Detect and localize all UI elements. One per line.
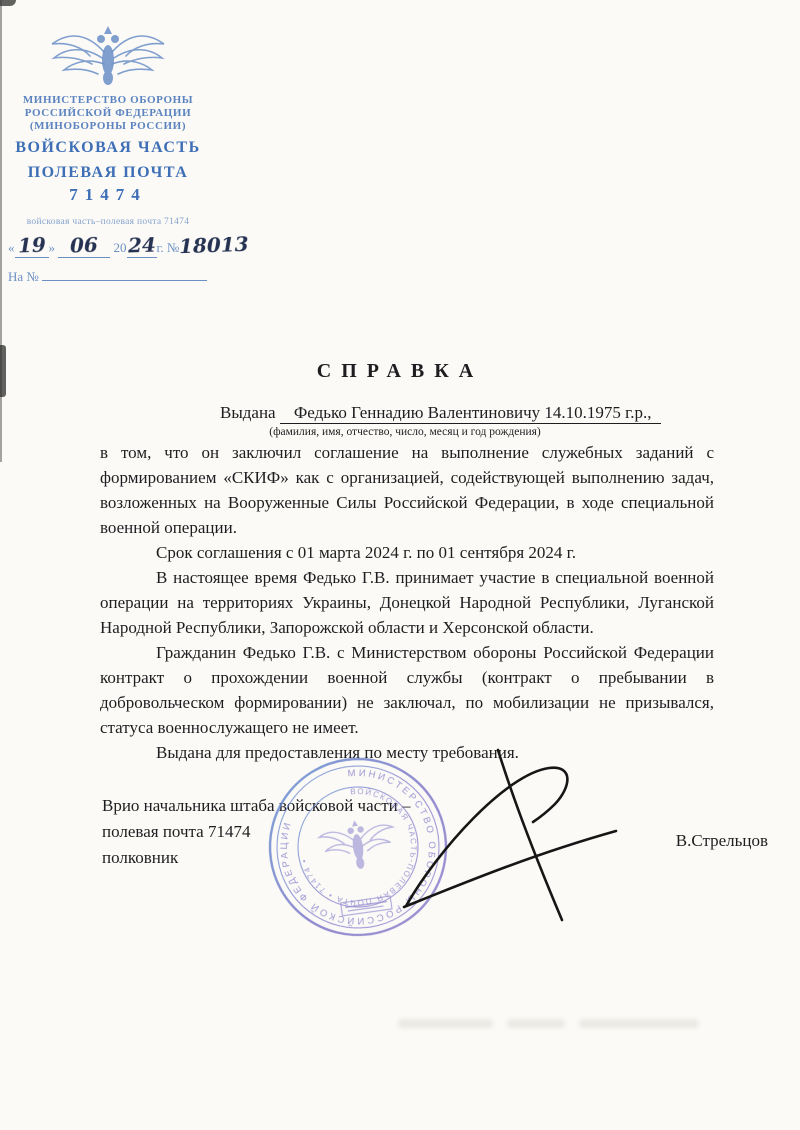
unit-name-line: ПОЛЕВАЯ ПОЧТА	[0, 163, 228, 183]
date-number-line: «19» 06 2024г. №18013	[8, 233, 238, 258]
unit-sub-line: войсковая часть–полевая почта 71474	[0, 217, 228, 227]
handwritten-year: 24	[127, 233, 156, 258]
year-prefix: 20	[114, 240, 127, 255]
document-title: СПРАВКА	[0, 360, 800, 383]
document-body: в том, что он заключил соглашение на вып…	[100, 440, 714, 765]
ref-label: На №	[8, 269, 39, 284]
issued-caption: (фамилия, имя, отчество, число, месяц и …	[190, 426, 620, 438]
scan-corner-mark	[0, 0, 16, 6]
handwritten-doc-number: 18013	[179, 232, 249, 258]
paragraph: В настоящее время Федько Г.В. принимает …	[100, 565, 714, 640]
ref-blank-rule	[42, 268, 207, 281]
reference-line: На №	[8, 268, 238, 285]
bleed-through-artifact	[398, 1010, 718, 1036]
stamp-eagle-icon	[318, 815, 398, 874]
paragraph: Срок соглашения с 01 марта 2024 г. по 01…	[100, 540, 714, 565]
scanned-document-page: МИНИСТЕРСТВО ОБОРОНЫ РОССИЙСКОЙ ФЕДЕРАЦИ…	[0, 0, 800, 1130]
letterhead: МИНИСТЕРСТВО ОБОРОНЫ РОССИЙСКОЙ ФЕДЕРАЦИ…	[0, 18, 228, 227]
ministry-line: МИНИСТЕРСТВО ОБОРОНЫ	[0, 94, 228, 107]
number-sign: №	[167, 240, 179, 255]
close-quote: »	[49, 240, 56, 255]
unit-number: 71474	[0, 185, 228, 205]
issued-line: Выдана Федько Геннадию Валентиновичу 14.…	[100, 403, 714, 423]
ministry-eagle-icon	[38, 18, 178, 90]
year-suffix: г.	[157, 240, 164, 255]
paragraph: в том, что он заключил соглашение на вып…	[100, 440, 714, 540]
ministry-line: РОССИЙСКОЙ ФЕДЕРАЦИИ	[0, 107, 228, 120]
handwritten-day: 19	[17, 233, 46, 258]
issued-to-name: Федько Геннадию Валентиновичу 14.10.1975…	[280, 403, 662, 424]
issued-label: Выдана	[100, 403, 276, 422]
paragraph: Гражданин Федько Г.В. с Министерством об…	[100, 640, 714, 740]
handwritten-month: 06	[70, 233, 99, 258]
handwritten-signature	[388, 738, 718, 933]
unit-name-line: ВОЙСКОВАЯ ЧАСТЬ	[0, 138, 228, 158]
ministry-line: (МИНОБОРОНЫ РОССИИ)	[0, 120, 228, 133]
